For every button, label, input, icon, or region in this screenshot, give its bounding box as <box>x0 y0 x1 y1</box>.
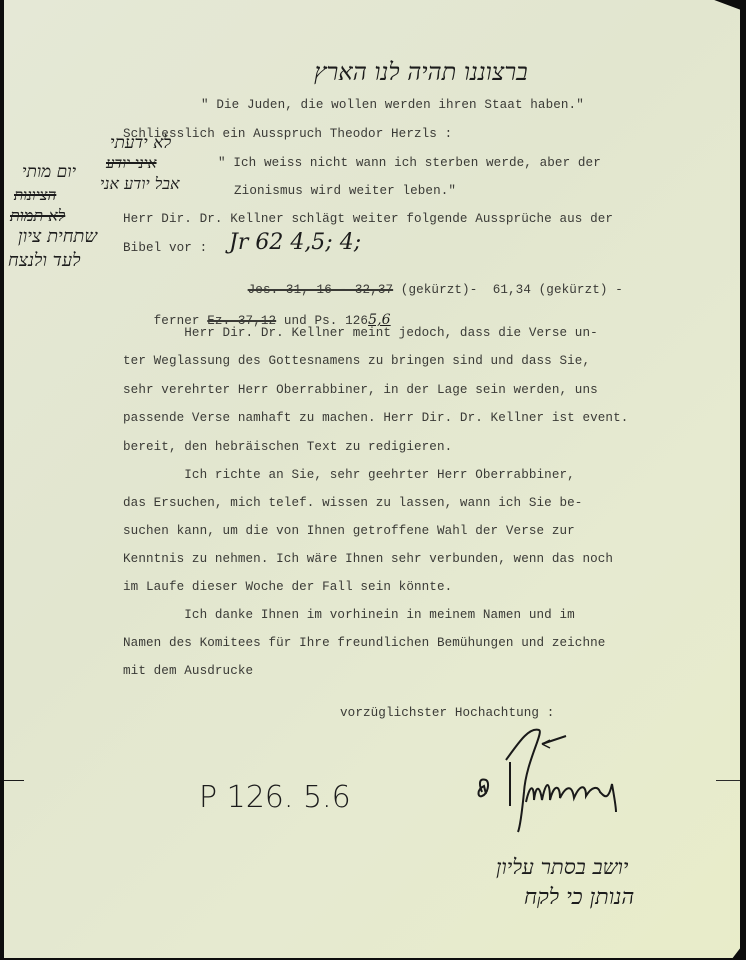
margin-note-1: לא ידעתי <box>110 133 171 153</box>
para2-line-4: Kenntnis zu nehmen. Ich wäre Ihnen sehr … <box>123 552 613 566</box>
margin-note-5-struck: לא תמות <box>10 206 65 226</box>
handwritten-bible-ref: Jr 62 4,5; 4; <box>229 230 361 255</box>
margin-note-7: לעד ולנצח <box>8 250 81 271</box>
margin-note-6: שתחית ציון <box>18 226 97 247</box>
para3-line-1: Ich danke Ihnen im vorhinein in meinem N… <box>123 608 575 622</box>
letter-page: ברצוננו תהיה לנו הארץ " Die Juden, die w… <box>4 0 740 958</box>
margin-note-3: אבל יודע אני <box>100 174 180 194</box>
para3-line-2: Namen des Komitees für Ihre freundlichen… <box>123 636 605 650</box>
quote-jews-state: " Die Juden, die wollen werden ihren Sta… <box>201 98 584 112</box>
herzl-intro-line: Schliesslich ein Ausspruch Theodor Herzl… <box>123 127 452 141</box>
signature <box>474 722 634 847</box>
para1-line-4: passende Verse namhaft zu machen. Herr D… <box>123 411 628 425</box>
bottom-hebrew-line-2: הנותן כי לקח <box>524 884 634 910</box>
margin-note-2-struck: איני יודע <box>106 154 157 173</box>
fold-mark-left <box>4 780 24 781</box>
para1-line-1: Herr Dir. Dr. Kellner meint jedoch, dass… <box>123 326 598 340</box>
para2-line-2: das Ersuchen, mich telef. wissen zu lass… <box>123 496 582 510</box>
handwritten-psalm-ref: P 126. 5.6 <box>199 780 351 815</box>
bibel-vor-line: Bibel vor : <box>123 241 207 255</box>
para1-line-2: ter Weglassung des Gottesnamens zu bring… <box>123 354 590 368</box>
para2-line-3: suchen kann, um die von Ihnen getroffene… <box>123 524 575 538</box>
signature-scribble-icon <box>474 722 634 842</box>
bottom-hebrew-line-1: יושב בסתר עליון <box>496 855 628 880</box>
reference-text: (gekürzt)- 61,34 (gekürzt) - <box>393 283 623 297</box>
para2-line-1: Ich richte an Sie, sehr geehrter Herr Ob… <box>123 468 575 482</box>
para1-line-3: sehr verehrter Herr Oberrabbiner, in der… <box>123 383 598 397</box>
margin-note-3-left: יום מותי <box>22 162 76 182</box>
herzl-quote-line-1: " Ich weiss nicht wann ich sterben werde… <box>218 156 601 170</box>
para1-line-5: bereit, den hebräischen Text zu redigier… <box>123 440 452 454</box>
kellner-proposal-line: Herr Dir. Dr. Kellner schlägt weiter fol… <box>123 212 613 226</box>
struck-reference: Jes. 31, 16 - 32,37 <box>248 283 394 297</box>
para3-line-3: mit dem Ausdrucke <box>123 664 253 678</box>
fold-mark-right <box>716 780 740 781</box>
herzl-quote-line-2: Zionismus wird weiter leben." <box>234 184 456 198</box>
margin-note-4-struck: הציונות <box>14 186 56 205</box>
handwritten-header: ברצוננו תהיה לנו הארץ <box>314 58 528 87</box>
closing-salutation: vorzüglichster Hochachtung : <box>340 706 554 720</box>
para2-line-5: im Laufe dieser Woche der Fall sein könn… <box>123 580 452 594</box>
